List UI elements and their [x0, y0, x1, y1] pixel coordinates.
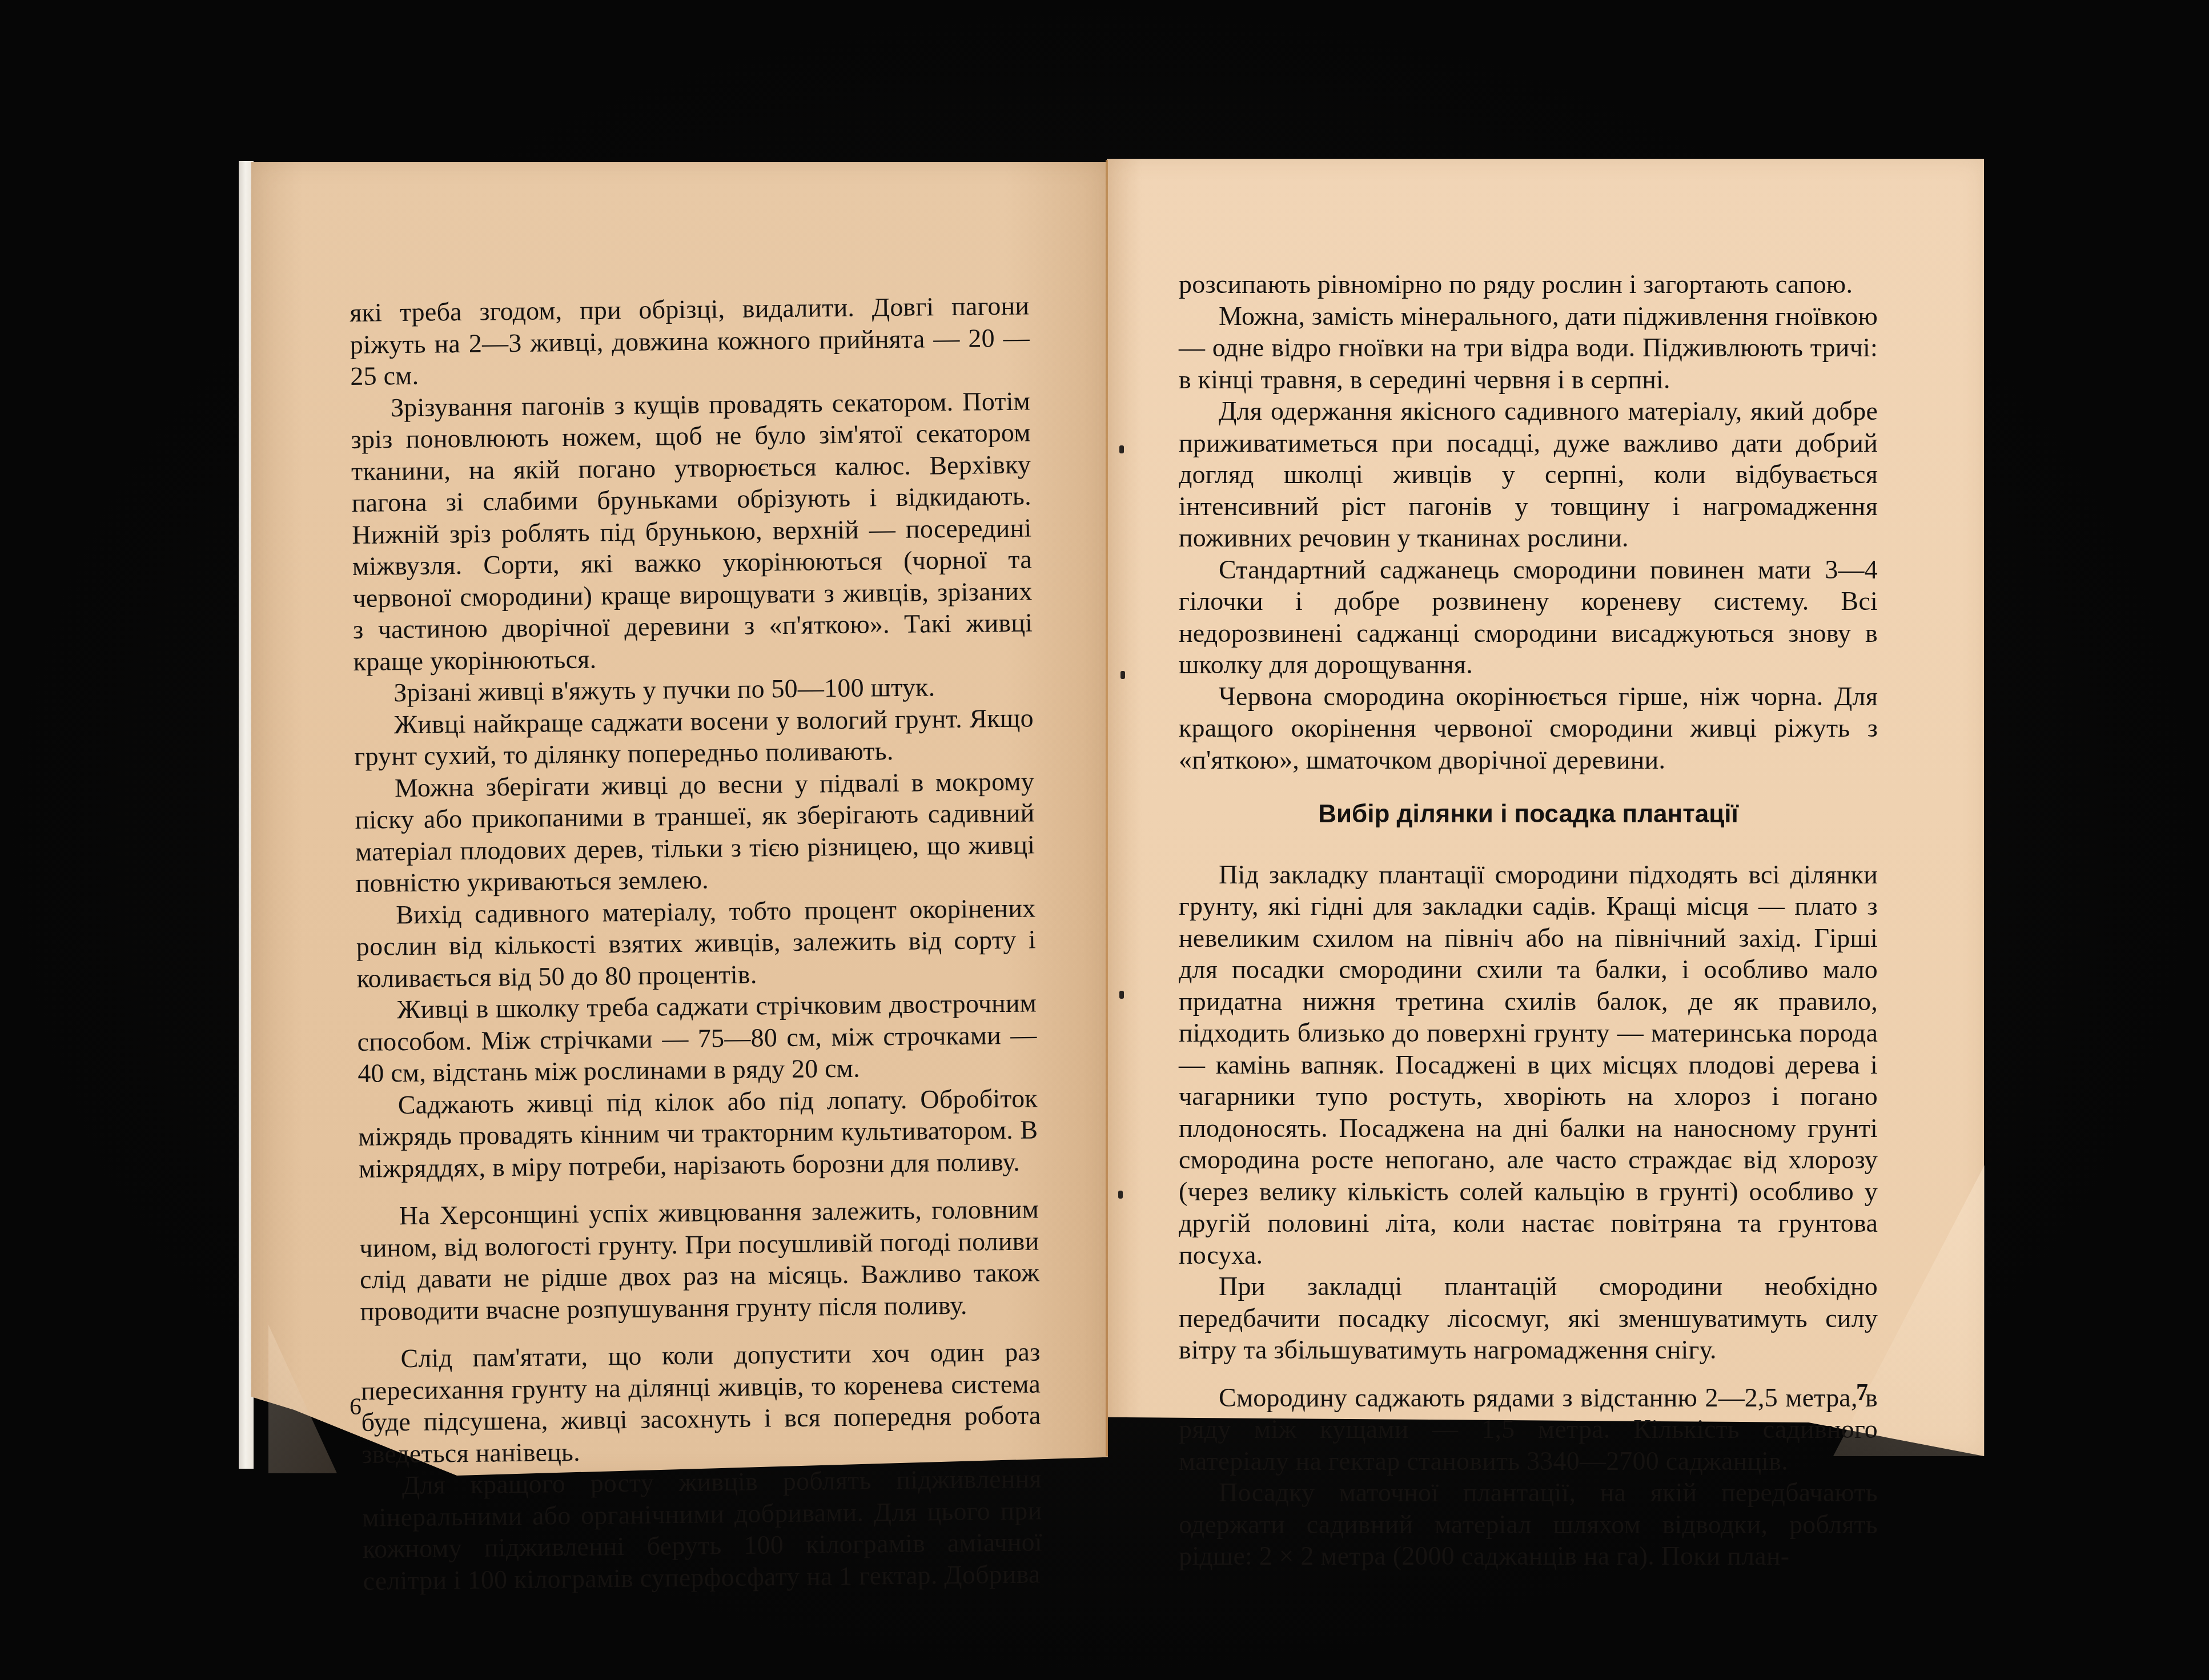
paragraph: Червона смородина окорінюється гірше, ні…	[1179, 681, 1878, 776]
staple-icon	[1120, 671, 1125, 679]
staple-icon	[1119, 445, 1124, 453]
paragraph: Можна, замість мінерального, дати піджив…	[1179, 300, 1878, 396]
paragraph: Смородину саджають рядами з відстанню 2—…	[1179, 1382, 1878, 1477]
paragraph: Для кращого росту живців роблять підживл…	[362, 1462, 1043, 1596]
paragraph: Саджають живці під кілок або під лопату.…	[358, 1082, 1039, 1184]
page-number-right: 7	[1856, 1379, 1868, 1406]
paragraph: які треба згодом, при обрізці, видалити.…	[350, 290, 1030, 392]
paragraph: Під закладку плантації смородини підходя…	[1179, 859, 1878, 1271]
paragraph: Стандартний саджанець смородини повинен …	[1179, 554, 1878, 681]
paragraph: Для одержання якісного садивного матеріа…	[1179, 395, 1878, 554]
paragraph: Слід пам'ятати, що коли допустити хоч од…	[360, 1336, 1041, 1469]
staple-icon	[1118, 1191, 1123, 1199]
booklet-spine	[1106, 160, 1108, 1456]
paragraph: Вихід садивного матеріалу, тобто процент…	[356, 892, 1037, 994]
paragraph: На Херсонщині успіх живцювання залежить,…	[359, 1193, 1040, 1327]
paragraph: Можна зберігати живці до весни у підвалі…	[355, 765, 1035, 899]
left-page-text-column: які треба згодом, при обрізці, видалити.…	[350, 290, 1043, 1597]
paragraph: Живці найкраще саджати восени у вологий …	[354, 702, 1034, 772]
paragraph: Зрізування пагонів з кущів провадять сек…	[351, 385, 1033, 677]
right-page-text-column: розсипають рівномірно по ряду рослин і з…	[1179, 268, 1878, 1572]
paragraph: розсипають рівномірно по ряду рослин і з…	[1179, 268, 1878, 300]
paragraph: Живці в школку треба саджати стрічковим …	[357, 987, 1038, 1089]
page-number-left: 6	[350, 1393, 362, 1421]
paragraph: Посадку маточної плантації, на якій пере…	[1179, 1477, 1878, 1572]
section-heading: Вибір ділянки і посадка плантації	[1179, 798, 1878, 830]
paragraph: При закладці плантацій смородини необхід…	[1179, 1271, 1878, 1366]
staple-icon	[1119, 991, 1124, 999]
